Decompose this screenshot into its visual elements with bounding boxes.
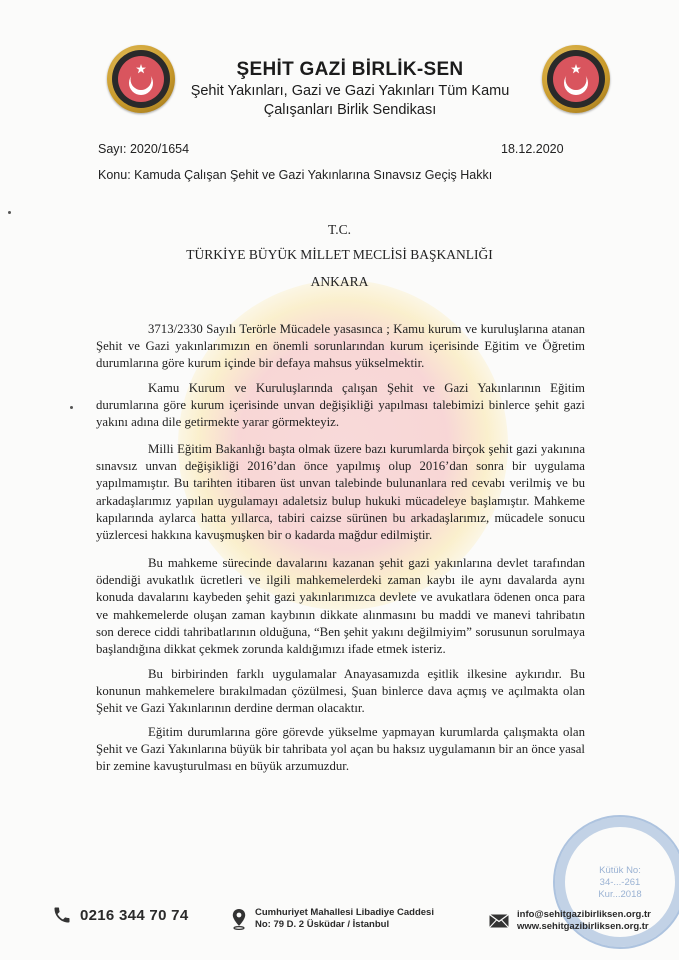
letter-date: 18.12.2020 [501, 142, 564, 156]
recipient-city: ANKARA [0, 274, 679, 290]
address-line1: Cumhuriyet Mahallesi Libadiye Caddesi [255, 907, 434, 919]
body-paragraph: Eğitim durumlarına göre görevde yükselme… [96, 724, 585, 776]
body-paragraph: Bu birbirinden farklı uygulamalar Anayas… [96, 666, 585, 718]
org-name: ŞEHİT GAZİ BİRLİK-SEN [180, 58, 520, 82]
footer-address: Cumhuriyet Mahallesi Libadiye Caddesi No… [231, 907, 434, 930]
footer-phone: 0216 344 70 74 [52, 905, 188, 925]
scan-speck [70, 406, 73, 409]
body-paragraph: 3713/2330 Sayılı Terörle Mücadele yasası… [96, 321, 585, 373]
union-logo-right [542, 45, 610, 113]
body-paragraph: Bu mahkeme sürecinde davalarını kazanan … [96, 555, 585, 658]
crescent-star-icon [118, 56, 164, 102]
body-paragraph: Kamu Kurum ve Kuruluşlarında çalışan Şeh… [96, 380, 585, 432]
footer-contact: info@sehitgazibirliksen.org.tr www.sehit… [489, 909, 651, 932]
org-subtitle-line1: Şehit Yakınları, Gazi ve Gazi Yakınları … [180, 82, 520, 101]
email-link[interactable]: info@sehitgazibirliksen.org.tr [517, 909, 651, 921]
map-pin-icon [231, 908, 247, 930]
phone-icon [52, 905, 72, 925]
recipient-institution: TÜRKİYE BÜYÜK MİLLET MECLİSİ BAŞKANLIĞI [0, 247, 679, 263]
reference-number: Sayı: 2020/1654 [98, 142, 189, 156]
scan-speck [8, 211, 11, 214]
recipient-tc: T.C. [0, 222, 679, 238]
crescent-star-icon [553, 56, 599, 102]
stamp-registry: Kütük No: 34-...-261 Kur...2018 [583, 865, 657, 901]
phone-number: 0216 344 70 74 [80, 907, 188, 924]
website-link[interactable]: www.sehitgazibirliksen.org.tr [517, 921, 651, 933]
letterhead: ŞEHİT GAZİ BİRLİK-SEN Şehit Yakınları, G… [180, 58, 520, 120]
envelope-icon [489, 914, 509, 928]
body-paragraph: Milli Eğitim Bakanlığı başta olmak üzere… [96, 441, 585, 544]
org-subtitle-line2: Çalışanları Birlik Sendikası [180, 101, 520, 120]
address-line2: No: 79 D. 2 Üsküdar / İstanbul [255, 919, 434, 931]
subject-line: Konu: Kamuda Çalışan Şehit ve Gazi Yakın… [98, 168, 492, 182]
union-logo-left [107, 45, 175, 113]
